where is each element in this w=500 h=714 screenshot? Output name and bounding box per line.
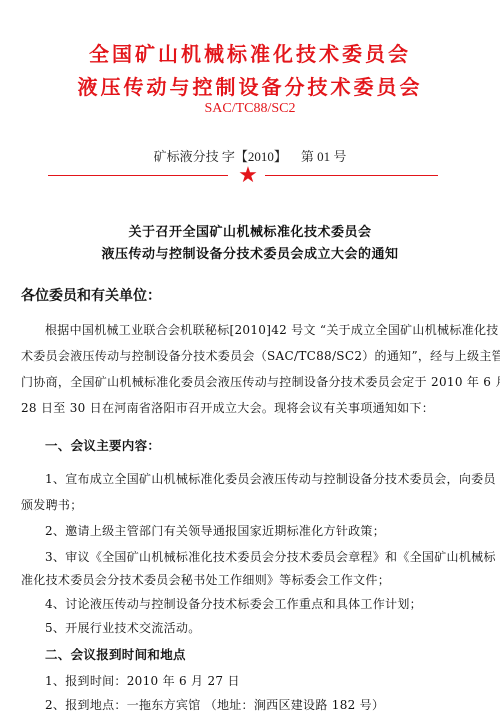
list-item: 2、报到地点：一拖东方宾馆 （地址：涧西区建设路 182 号）	[45, 696, 384, 713]
intro-line: 28 日至 30 日在河南省洛阳市召开成立大会。现将会议有关事项通知如下：	[21, 399, 434, 416]
list-item: 4、讨论液压传动与控制设备分技术标委会工作重点和具体工作计划；	[45, 595, 422, 612]
document-number-value: 第 01 号	[301, 149, 347, 164]
list-item: 2、邀请上级主管部门有关领导通报国家近期标准化方针政策；	[45, 522, 385, 539]
divider-left	[48, 175, 228, 176]
issuer-name-line2: 液压传动与控制设备分技术委员会	[0, 71, 500, 100]
list-item-cont: 准化技术委员会分技术委员会秘书处工作细则》等标委会工作文件；	[21, 571, 390, 588]
section-heading: 二、会议报到时间和地点	[45, 645, 186, 663]
intro-line: 根据中国机械工业联合会机联秘标[2010]42 号文 “关于成立全国矿山机械标准…	[45, 321, 499, 338]
section-heading: 一、会议主要内容：	[45, 436, 160, 454]
red-star-icon: ★	[237, 165, 259, 187]
intro-line: 术委员会液压传动与控制设备分技术委员会（SAC/TC88/SC2）的通知”，经与…	[21, 347, 500, 364]
committee-code: SAC/TC88/SC2	[0, 101, 500, 117]
notice-document: 全国矿山机械标准化技术委员会 液压传动与控制设备分技术委员会 SAC/TC88/…	[0, 0, 500, 714]
list-item-cont: 颁发聘书；	[21, 496, 83, 513]
document-number-prefix: 矿标液分技 字【2010】	[154, 149, 287, 164]
divider-right	[265, 175, 438, 176]
notice-title-line2: 液压传动与控制设备分技术委员会成立大会的通知	[0, 243, 500, 262]
salutation: 各位委员和有关单位：	[21, 285, 161, 305]
intro-line: 门协商，全国矿山机械标准化委员会液压传动与控制设备分技术委员会定于 2010 年…	[21, 373, 500, 390]
list-item: 1、报到时间：2010 年 6 月 27 日	[45, 672, 240, 689]
notice-title-line1: 关于召开全国矿山机械标准化技术委员会	[0, 221, 500, 240]
issuer-name-line1: 全国矿山机械标准化技术委员会	[0, 38, 500, 67]
list-item: 5、开展行业技术交流活动。	[45, 619, 201, 636]
list-item: 1、宣布成立全国矿山机械标准化委员会液压传动与控制设备分技术委员会，向委员	[45, 470, 496, 487]
list-item: 3、审议《全国矿山机械标准化技术委员会分技术委员会章程》和《全国矿山机械标	[45, 548, 496, 565]
